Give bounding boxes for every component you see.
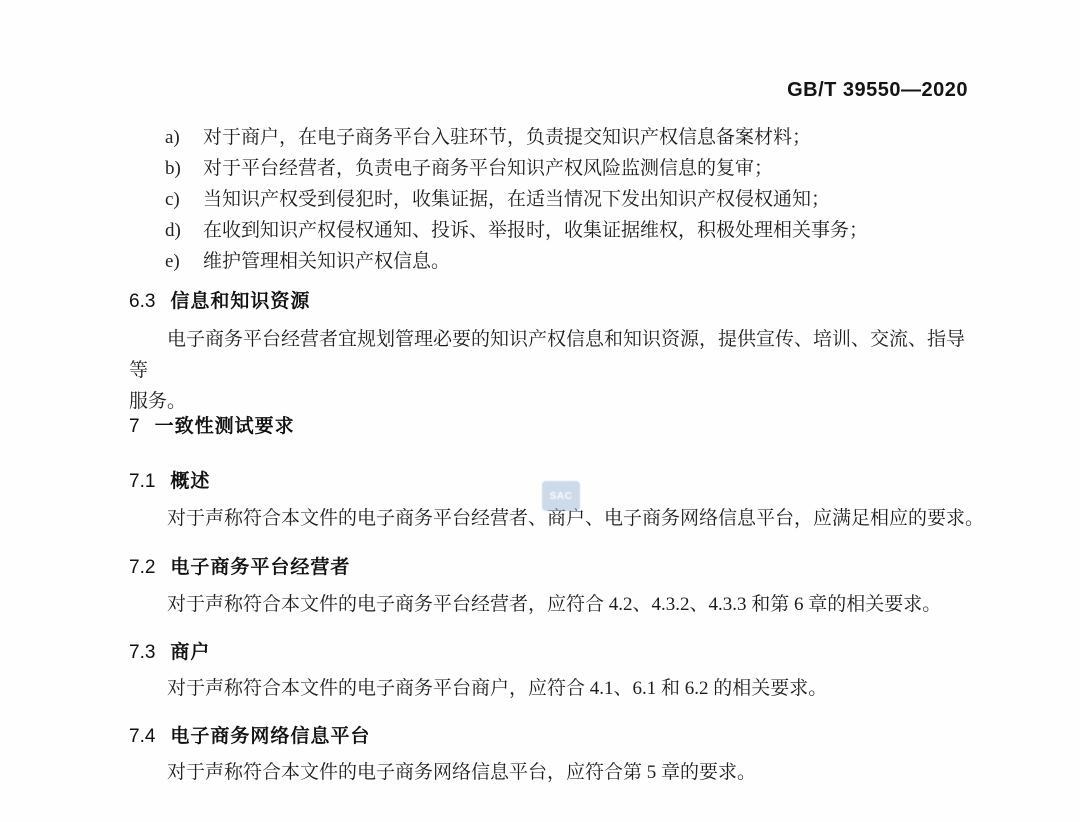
section-6-3-paragraph: 电子商务平台经营者宜规划管理必要的知识产权信息和知识资源，提供宣传、培训、交流、… <box>129 324 969 417</box>
section-7-4-paragraph: 对于声称符合本文件的电子商务网络信息平台，应符合第 5 章的要求。 <box>129 757 969 788</box>
section-title: 信息和知识资源 <box>170 286 310 313</box>
list-item: d) 在收到知识产权侵权通知、投诉、举报时，收集证据维权，积极处理相关事务； <box>165 215 868 246</box>
list-item-letter: d) <box>165 215 203 246</box>
section-number: 7.3 <box>129 642 155 664</box>
section-number: 7.4 <box>129 726 155 748</box>
requirement-list: a) 对于商户，在电子商务平台入驻环节，负责提交知识产权信息备案材料； b) 对… <box>165 122 868 277</box>
section-title: 商户 <box>170 637 210 664</box>
section-heading-7-3: 7.3 商户 <box>129 637 210 664</box>
section-heading-7-2: 7.2 电子商务平台经营者 <box>129 552 350 579</box>
section-heading-6-3: 6.3 信息和知识资源 <box>129 286 310 313</box>
paragraph-line: 对于声称符合本文件的电子商务平台商户，应符合 4.1、6.1 和 6.2 的相关… <box>129 673 969 704</box>
list-item-text: 在收到知识产权侵权通知、投诉、举报时，收集证据维权，积极处理相关事务； <box>203 215 868 246</box>
list-item-text: 对于平台经营者，负责电子商务平台知识产权风险监测信息的复审； <box>203 153 773 184</box>
list-item-letter: e) <box>165 246 203 277</box>
list-item: b) 对于平台经营者，负责电子商务平台知识产权风险监测信息的复审； <box>165 153 868 184</box>
list-item: c) 当知识产权受到侵犯时，收集证据，在适当情况下发出知识产权侵权通知； <box>165 184 868 215</box>
section-heading-7-1: 7.1 概述 <box>129 466 210 493</box>
list-item: a) 对于商户，在电子商务平台入驻环节，负责提交知识产权信息备案材料； <box>165 122 868 153</box>
chapter-heading-7: 7 一致性测试要求 <box>129 411 295 438</box>
list-item-letter: c) <box>165 184 203 215</box>
list-item-text: 对于商户，在电子商务平台入驻环节，负责提交知识产权信息备案材料； <box>203 122 811 153</box>
paragraph-line: 对于声称符合本文件的电子商务平台经营者，应符合 4.2、4.3.2、4.3.3 … <box>129 589 969 620</box>
chapter-number: 7 <box>129 416 140 438</box>
section-number: 7.1 <box>129 471 155 493</box>
section-title: 电子商务网络信息平台 <box>170 721 370 748</box>
section-7-3-paragraph: 对于声称符合本文件的电子商务平台商户，应符合 4.1、6.1 和 6.2 的相关… <box>129 673 969 704</box>
paragraph-line: 对于声称符合本文件的电子商务网络信息平台，应符合第 5 章的要求。 <box>129 757 969 788</box>
section-number: 6.3 <box>129 291 155 313</box>
chapter-title: 一致性测试要求 <box>155 411 295 438</box>
section-7-2-paragraph: 对于声称符合本文件的电子商务平台经营者，应符合 4.2、4.3.2、4.3.3 … <box>129 589 969 620</box>
section-title: 电子商务平台经营者 <box>170 552 350 579</box>
section-heading-7-4: 7.4 电子商务网络信息平台 <box>129 721 370 748</box>
list-item-text: 当知识产权受到侵犯时，收集证据，在适当情况下发出知识产权侵权通知； <box>203 184 830 215</box>
paragraph-line: 电子商务平台经营者宜规划管理必要的知识产权信息和知识资源，提供宣传、培训、交流、… <box>129 324 969 386</box>
watermark-label: SAC <box>550 491 573 502</box>
list-item-letter: b) <box>165 153 203 184</box>
standard-document-page: GB/T 39550—2020 a) 对于商户，在电子商务平台入驻环节，负责提交… <box>0 0 1080 822</box>
list-item-letter: a) <box>165 122 203 153</box>
sac-watermark-icon: SAC <box>542 481 580 511</box>
standard-code-header: GB/T 39550—2020 <box>787 79 968 102</box>
list-item: e) 维护管理相关知识产权信息。 <box>165 246 868 277</box>
section-number: 7.2 <box>129 557 155 579</box>
list-item-text: 维护管理相关知识产权信息。 <box>203 246 450 277</box>
section-title: 概述 <box>170 466 210 493</box>
